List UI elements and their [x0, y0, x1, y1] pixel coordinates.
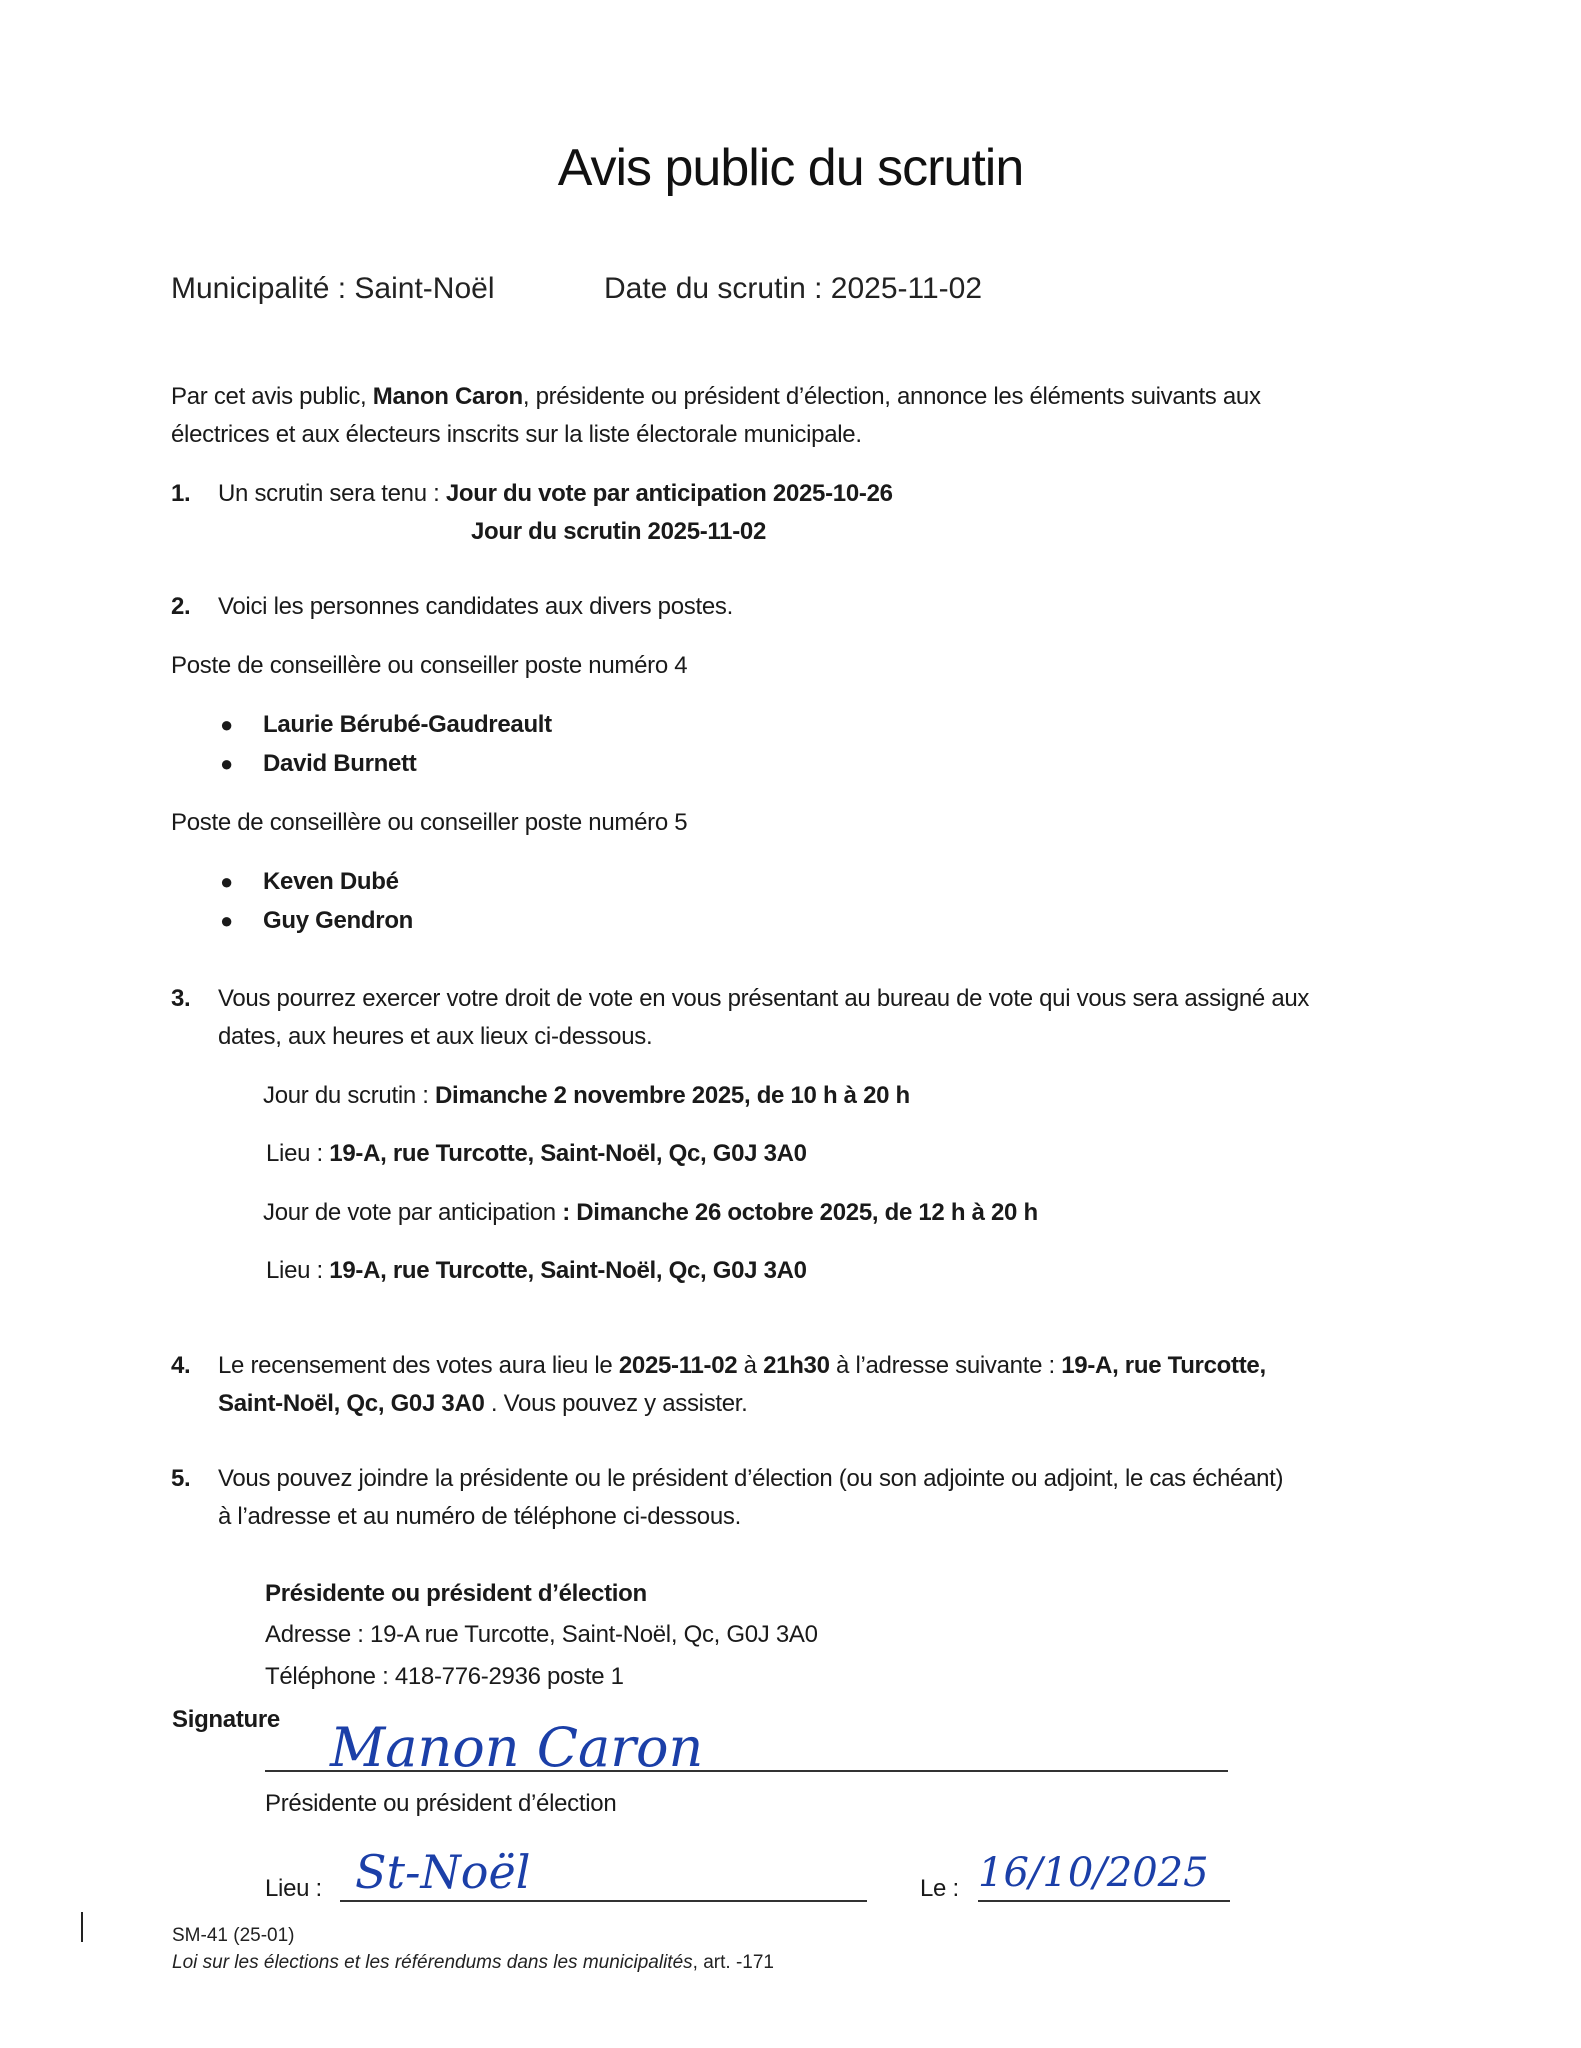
election-day-date: Jour du scrutin 2025-11-02 [471, 518, 766, 546]
election-date-value: 2025-11-02 [831, 272, 982, 305]
municipality-label: Municipalité : [171, 272, 354, 305]
law-title: Loi sur les élections et les référendums… [172, 1952, 693, 1973]
item-5-line-1: Vous pouvez joindre la présidente ou le … [218, 1465, 1283, 1493]
item-4-number: 4. [171, 1352, 190, 1380]
item-2-number: 2. [171, 593, 190, 621]
election-date-label: Date du scrutin : [604, 272, 831, 305]
contact-heading: Présidente ou président d’élection [265, 1580, 647, 1608]
intro-line-2: électrices et aux électeurs inscrits sur… [171, 421, 862, 449]
advance-day-row: Jour de vote par anticipation : Dimanche… [263, 1199, 1038, 1227]
handwritten-place: St-Noël [355, 1845, 530, 1899]
item-3-number: 3. [171, 985, 190, 1013]
municipality-field: Municipalité : Saint-Noël [171, 272, 495, 306]
returning-officer-name: Manon Caron [373, 383, 523, 410]
post-4-label: Poste de conseillère ou conseiller poste… [171, 652, 687, 680]
item-2-text: Voici les personnes candidates aux diver… [218, 593, 733, 621]
item-5-number: 5. [171, 1465, 190, 1493]
signature-role: Présidente ou président d’élection [265, 1790, 616, 1818]
count-time: 21h30 [763, 1352, 830, 1379]
signature-label: Signature [172, 1706, 280, 1734]
margin-mark [81, 1912, 83, 1942]
intro-line-1: Par cet avis public, Manon Caron, présid… [171, 383, 1261, 411]
form-code: SM-41 (25-01) [172, 1925, 295, 1947]
place-line [340, 1900, 867, 1902]
advance-place-row: Lieu : 19-A, rue Turcotte, Saint-Noël, Q… [266, 1257, 807, 1285]
contact-phone: Téléphone : 418-776-2936 poste 1 [265, 1663, 624, 1691]
municipality-value: Saint-Noël [354, 272, 494, 305]
advance-vote-date: Jour du vote par anticipation 2025-10-26 [446, 480, 893, 507]
election-place-value: 19-A, rue Turcotte, Saint-Noël, Qc, G0J … [329, 1140, 806, 1167]
item-3-line-2: dates, aux heures et aux lieux ci-dessou… [218, 1023, 652, 1051]
post-5-label: Poste de conseillère ou conseiller poste… [171, 809, 687, 837]
contact-address: Adresse : 19-A rue Turcotte, Saint-Noël,… [265, 1621, 818, 1649]
count-address: 19-A, rue Turcotte, [1061, 1352, 1266, 1379]
advance-day-value: Dimanche 26 octobre 2025, de 12 h à 20 h [576, 1199, 1038, 1226]
candidate-name: Laurie Bérubé-Gaudreault [263, 711, 552, 739]
bullet-icon: ● [220, 869, 233, 895]
election-place-row: Lieu : 19-A, rue Turcotte, Saint-Noël, Q… [266, 1140, 807, 1168]
item-5-line-2: à l’adresse et au numéro de téléphone ci… [218, 1503, 741, 1531]
count-date: 2025-11-02 [619, 1352, 737, 1379]
candidate-name: Keven Dubé [263, 868, 399, 896]
election-date-field: Date du scrutin : 2025-11-02 [604, 272, 982, 306]
item-1-number: 1. [171, 480, 190, 508]
item-4-line-2: Saint-Noël, Qc, G0J 3A0 . Vous pouvez y … [218, 1390, 748, 1418]
item-1-text: Un scrutin sera tenu : Jour du vote par … [218, 480, 893, 508]
bullet-icon: ● [220, 908, 233, 934]
handwritten-date: 16/10/2025 [978, 1850, 1209, 1896]
election-day-row: Jour du scrutin : Dimanche 2 novembre 20… [263, 1082, 910, 1110]
item-3-line-1: Vous pourrez exercer votre droit de vote… [218, 985, 1309, 1013]
election-day-value: Dimanche 2 novembre 2025, de 10 h à 20 h [435, 1082, 910, 1109]
bullet-icon: ● [220, 751, 233, 777]
candidate-name: Guy Gendron [263, 907, 413, 935]
advance-place-value: 19-A, rue Turcotte, Saint-Noël, Qc, G0J … [329, 1257, 806, 1284]
candidate-name: David Burnett [263, 750, 416, 778]
place-label: Lieu : [265, 1875, 322, 1903]
date-label: Le : [920, 1875, 959, 1903]
date-line [978, 1900, 1230, 1902]
page-title: Avis public du scrutin [0, 138, 1581, 198]
law-reference: Loi sur les élections et les référendums… [172, 1952, 774, 1974]
signature-line [265, 1770, 1228, 1772]
item-4-line-1: Le recensement des votes aura lieu le 20… [218, 1352, 1266, 1380]
bullet-icon: ● [220, 712, 233, 738]
